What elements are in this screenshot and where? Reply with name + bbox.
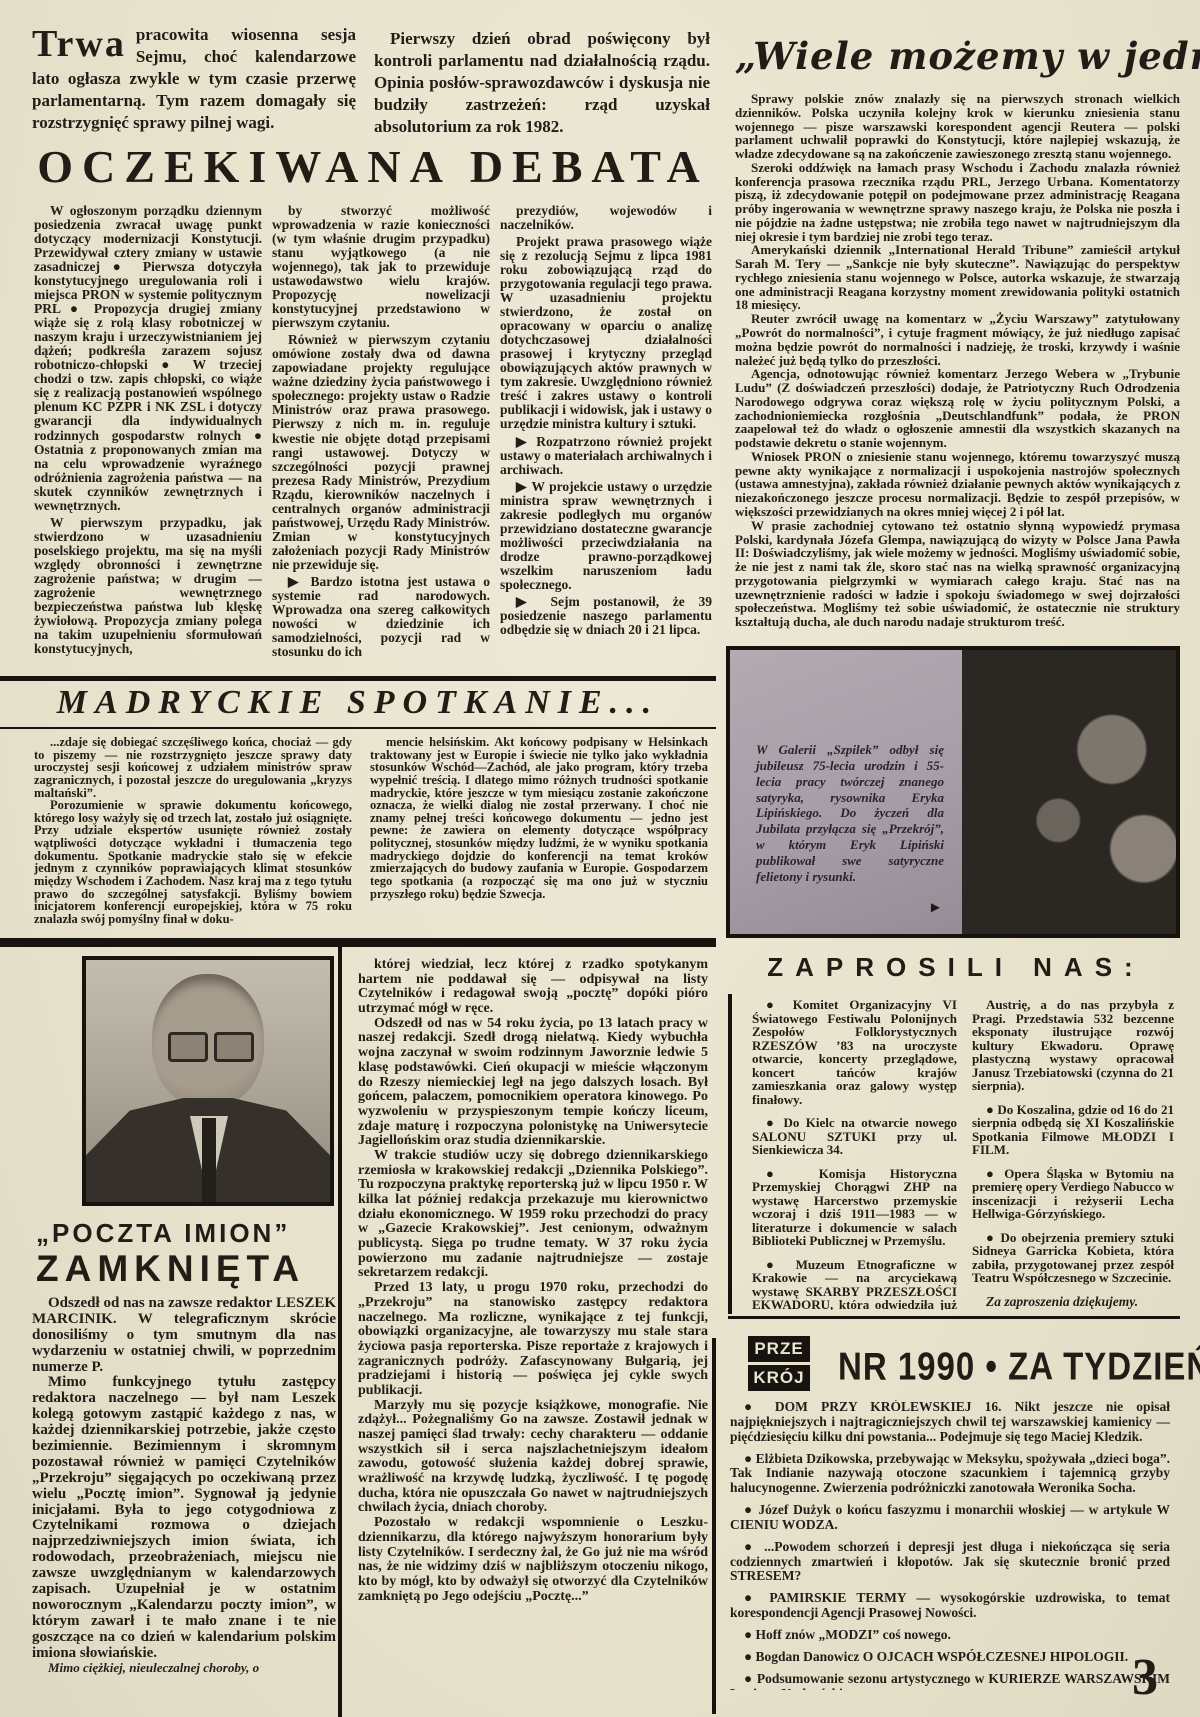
debata-column-1: W ogłoszonym porządku dziennym posiedzen… [34, 204, 262, 674]
zatydzien-items: ● DOM PRZY KRÓLEWSKIEJ 16. Nikt jeszcze … [730, 1400, 1170, 1690]
poczta-closing-line: Mimo ciężkiej, nieuleczalnej choroby, o [32, 1661, 336, 1675]
lead-word: Trwa [32, 28, 126, 60]
photo-dark-area [962, 650, 1176, 934]
logo-line1: PRZE [748, 1336, 810, 1362]
debata-paragraph: prezydiów, wojewodów i naczelników. [500, 204, 712, 232]
divider-madryckie-top [0, 676, 716, 681]
zatydzien-item: ● PAMIRSKIE TERMY — wysokogórskie uzdrow… [730, 1591, 1170, 1621]
poczta-headline-line1: „POCZTA IMION” [36, 1218, 290, 1249]
madryckie-column-2: mencie helsińskim. Akt końcowy podpisany… [370, 736, 708, 936]
arrow-right-icon: ► [928, 900, 943, 917]
madryckie-paragraph: mencie helsińskim. Akt końcowy podpisany… [370, 736, 708, 900]
przekroj-logo: PRZE KRÓJ [748, 1336, 810, 1394]
logo-line2: KRÓJ [748, 1365, 810, 1391]
madryckie-headline: MADRYCKIE SPOTKANIE... [16, 684, 700, 722]
debata-paragraph: Również w pierwszym czytaniu omówione zo… [272, 333, 490, 572]
zaprosili-items: Austrię, a do nas przybyła z Pragi. Prze… [972, 998, 1174, 1285]
leszek-marcinik-portrait [82, 956, 334, 1206]
marcinik-paragraph: Marzyły mu się pozycje książkowe, monogr… [358, 1399, 708, 1517]
marcinik-paragraph: Pozostało w redakcji wspomnienie o Leszk… [358, 1516, 708, 1604]
zaprosili-item: ● Opera Śląska w Bytomiu na premierę ope… [972, 1167, 1174, 1221]
lead-article-middle: Pierwszy dzień obrad poświęcony był kont… [374, 28, 710, 138]
zaprosili-thanks: Za zaproszenia dziękujemy. [972, 1295, 1174, 1309]
zaprosili-headline: ZAPROSILI NAS: [740, 952, 1172, 983]
jednosc-paragraph: Reuter zwrócił uwagę na komentarz w „Życ… [735, 312, 1180, 367]
zaprosili-item: ● Do Kielc na otwarcie nowego SALONU SZT… [752, 1116, 957, 1157]
lead-article-left: Trwa pracowita wiosenna sesja Sejmu, cho… [32, 24, 356, 134]
zatydzien-item: ● Hoff znów „MODZI” coś nowego. [730, 1628, 1170, 1643]
debata-headline: OCZEKIWANA DEBATA [32, 140, 714, 193]
zaprosili-item: ● Do obejrzenia premiery sztuki Sidneya … [972, 1231, 1174, 1285]
zaprosili-item: ● Komisja Historyczna Przemyskiej Chorąg… [752, 1167, 957, 1248]
zaprosili-item: ● Muzeum Etnograficzne w Krakowie — na a… [752, 1258, 957, 1310]
jednosc-paragraph: Sprawy polskie znów znalazły się na pier… [735, 92, 1180, 161]
madryckie-paragraph: Porozumienie w sprawie dokumentu końcowe… [34, 799, 352, 925]
marcinik-paragraph: Przed 13 laty, u progu 1970 roku, przech… [358, 1281, 708, 1399]
poczta-paragraphs: Odszedł od nas na zawsze redaktor LESZEK… [32, 1296, 336, 1661]
zatydzien-left-rule [712, 1338, 716, 1714]
zaprosili-item: Austrię, a do nas przybyła z Pragi. Prze… [972, 998, 1174, 1093]
zaprosili-item: ● Komitet Organizacyjny VI Światowego Fe… [752, 998, 957, 1106]
glasses-icon [214, 1032, 254, 1062]
marcinik-paragraph: której wiedział, lecz której z rzadko sp… [358, 958, 708, 1017]
jednosc-paragraph: Agencja, odnotowując również komentarz J… [735, 367, 1180, 450]
divider-madryckie-bottom [0, 727, 716, 729]
debata-column-2: by stworzyć możliwość wprowadzenia w raz… [272, 204, 490, 674]
madryckie-column-1: ...zdaje się dobiegać szczęśliwego końca… [34, 736, 352, 936]
debata-paragraph: Projekt prawa prasowego wiąże się z rezo… [500, 235, 712, 431]
debata-paragraph: ▶ Rozpatrzono również projekt ustawy o m… [500, 435, 712, 477]
zatydzien-item: ● Podsumowanie sezonu artystycznego w KU… [730, 1672, 1170, 1690]
page-number: 3 [1132, 1648, 1158, 1707]
marcinik-paragraph: W trakcie studiów uczy się dobrego dzien… [358, 1149, 708, 1281]
debata-paragraph: ▶ W projekcie ustawy o urzędzie ministra… [500, 480, 712, 592]
divider-vertical-middle [338, 947, 342, 1717]
zaprosili-left-rule [728, 994, 732, 1314]
zatydzien-item: ● Elżbieta Dzikowska, przebywając w Meks… [730, 1452, 1170, 1497]
debata-column-3: prezydiów, wojewodów i naczelników.Proje… [500, 204, 712, 674]
zaprosili-item: ● Do Koszalina, gdzie od 16 do 21 sierpn… [972, 1103, 1174, 1157]
zatydzien-headline: NR 1990 • ZA TYDZIEŃ [838, 1344, 1200, 1389]
jednosc-paragraph: W prasie zachodniej cytowano też ostatni… [735, 519, 1180, 629]
poczta-paragraph: Odszedł od nas na zawsze redaktor LESZEK… [32, 1296, 336, 1375]
zatydzien-item: ● ...Powodem schorzeń i depresji jest dł… [730, 1540, 1170, 1585]
poczta-article-body: Odszedł od nas na zawsze redaktor LESZEK… [32, 1296, 336, 1701]
zatydzien-item: ● Józef Dużyk o końcu faszyzmu i monarch… [730, 1503, 1170, 1533]
zatydzien-item: ● Bogdan Danowicz O OJCACH WSPÓŁCZESNEJ … [730, 1650, 1170, 1665]
jednosc-article-body: Sprawy polskie znów znalazły się na pier… [735, 92, 1180, 644]
jednosc-paragraph: Amerykański dziennik „International Hera… [735, 243, 1180, 312]
madryckie-paragraph: ...zdaje się dobiegać szczęśliwego końca… [34, 736, 352, 799]
lipinski-jubilee-photo: W Galerii „Szpilek” odbył się jubileusz … [726, 646, 1180, 938]
jednosc-paragraph: Szeroki oddźwięk na łamach prasy Wschodu… [735, 161, 1180, 244]
debata-paragraph: ▶ Bardzo istotna jest ustawa o systemie … [272, 575, 490, 659]
poczta-paragraph: Mimo funkcyjnego tytułu zastępcy redakto… [32, 1375, 336, 1661]
debata-paragraph: W pierwszym przypadku, jak stwierdzono w… [34, 516, 262, 656]
poczta-headline-line2: ZAMKNIĘTA [36, 1248, 305, 1290]
marcinik-paragraph: Odszedł od nas w 54 roku życia, po 13 la… [358, 1017, 708, 1149]
debata-paragraph: ▶ Sejm postanowił, że 39 posiedzenie nas… [500, 595, 712, 637]
jednosc-headline: „Wiele możemy w jedności” [735, 34, 1180, 78]
zaprosili-column-2: Austrię, a do nas przybyła z Pragi. Prze… [972, 998, 1174, 1310]
zaprosili-column-1: ● Komitet Organizacyjny VI Światowego Fe… [752, 998, 957, 1310]
glasses-icon [168, 1032, 208, 1062]
divider-bottom-band [0, 938, 716, 947]
zatydzien-item: ● DOM PRZY KRÓLEWSKIEJ 16. Nikt jeszcze … [730, 1400, 1170, 1445]
jednosc-paragraph: Wniosek PRON o zniesienie stanu wojenneg… [735, 450, 1180, 519]
debata-paragraph: by stworzyć możliwość wprowadzenia w raz… [272, 204, 490, 330]
newspaper-page: Trwa pracowita wiosenna sesja Sejmu, cho… [0, 0, 1200, 1717]
portrait-tie [202, 1118, 216, 1202]
debata-paragraph: W ogłoszonym porządku dziennym posiedzen… [34, 204, 262, 513]
marcinik-obituary-column: której wiedział, lecz której z rzadko sp… [358, 958, 708, 1710]
zaprosili-bottom-rule [728, 1316, 1180, 1319]
lead-middle-text: Pierwszy dzień obrad poświęcony był kont… [374, 28, 710, 138]
photo-caption: W Galerii „Szpilek” odbył się jubileusz … [756, 742, 944, 885]
